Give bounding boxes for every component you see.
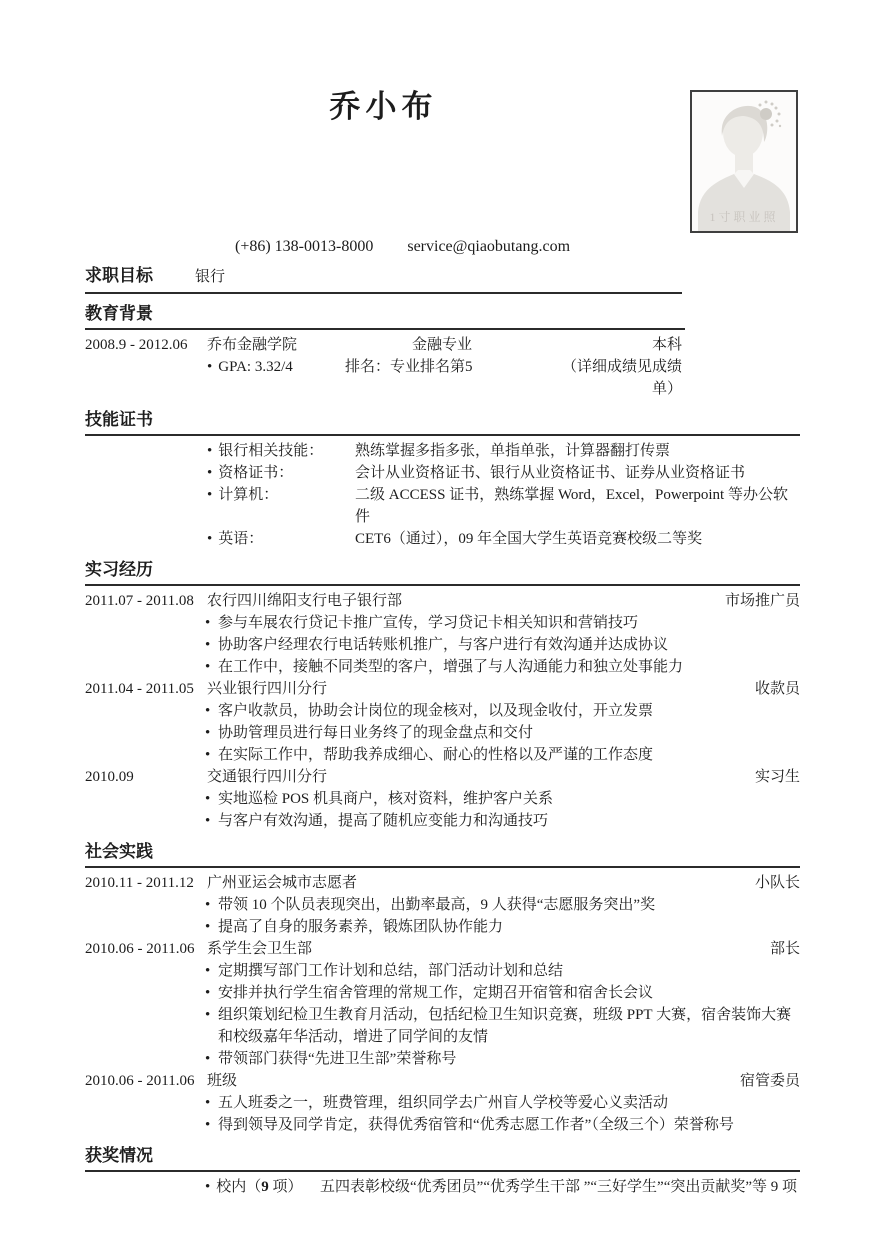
entry-organization: 广州亚运会城市志愿者: [207, 872, 755, 894]
education-gpa: GPA: 3.32/4: [207, 356, 345, 400]
awards-heading: 获奖情况: [85, 1145, 800, 1172]
education-entry: 2008.9 - 2012.06 乔布金融学院 金融专业 本科: [85, 334, 682, 356]
skill-label: 银行相关技能：: [207, 440, 355, 462]
entry-bullet: 在工作中，接触不同类型的客户，增强了与人沟通能力和独立处事能力: [205, 656, 800, 678]
entry-period: 2011.04 - 2011.05: [85, 678, 207, 700]
internship-entry: 2010.09 交通银行四川分行 实习生 实地巡检 POS 机具商户，核对资料，…: [85, 766, 800, 832]
skill-label: 英语：: [207, 528, 355, 550]
entry-bullet: 定期撰写部门工作计划和总结，部门活动计划和总结: [205, 960, 800, 982]
section-objective: 求职目标 银行: [85, 265, 682, 294]
entry-period: 2010.11 - 2011.12: [85, 872, 207, 894]
phone-number: (+86) 138-0013-8000: [235, 236, 373, 258]
education-period: 2008.9 - 2012.06: [85, 334, 207, 356]
entry-organization: 农行四川绵阳支行电子银行部: [207, 590, 725, 612]
entry-bullet: 与客户有效沟通，提高了随机应变能力和沟通技巧: [205, 810, 800, 832]
entry-bullet: 协助客户经理农行电话转账机推广，与客户进行有效沟通并达成协议: [205, 634, 800, 656]
entry-role: 实习生: [755, 766, 800, 788]
education-degree: 本科: [517, 334, 682, 356]
entry-organization: 班级: [207, 1070, 740, 1092]
entry-organization: 兴业银行四川分行: [207, 678, 755, 700]
candidate-name: 乔小布: [85, 86, 682, 128]
internship-entry: 2011.07 - 2011.08 农行四川绵阳支行电子银行部 市场推广员 参与…: [85, 590, 800, 678]
education-heading: 教育背景: [85, 303, 685, 330]
skill-item: 英语： CET6（通过），09 年全国大学生英语竞赛校级二等奖: [85, 528, 800, 550]
entry-role: 部长: [770, 938, 800, 960]
resume-page: 1寸职业照 乔小布 (+86) 138-0013-8000 service@qi…: [0, 0, 884, 1250]
social-heading: 社会实践: [85, 841, 800, 868]
entry-period: 2011.07 - 2011.08: [85, 590, 207, 612]
skill-value: 二级 ACCESS 证书，熟练掌握 Word，Excel，Powerpoint …: [355, 484, 800, 528]
education-details: GPA: 3.32/4 排名：专业排名第5 （详细成绩见成绩单）: [85, 356, 682, 400]
skill-item: 银行相关技能： 熟练掌握多指多张，单指单张，计算器翻打传票: [85, 440, 800, 462]
skill-item: 资格证书： 会计从业资格证书、银行从业资格证书、证券从业资格证书: [85, 462, 800, 484]
social-entry: 2010.06 - 2011.06 班级 宿管委员 五人班委之一，班费管理，组织…: [85, 1070, 800, 1136]
entry-period: 2010.06 - 2011.06: [85, 938, 207, 960]
entry-period: 2010.06 - 2011.06: [85, 1070, 207, 1092]
objective-value: 银行: [195, 265, 225, 286]
education-note: （详细成绩见成绩单）: [556, 356, 682, 400]
entry-bullet: 参与车展农行贷记卡推广宣传，学习贷记卡相关知识和营销技巧: [205, 612, 800, 634]
contact-row: (+86) 138-0013-8000 service@qiaobutang.c…: [235, 236, 800, 258]
entry-role: 市场推广员: [725, 590, 800, 612]
entry-bullet: 带领部门获得“先进卫生部”荣誉称号: [205, 1048, 800, 1070]
entry-bullet: 组织策划纪检卫生教育月活动，包括纪检卫生知识竞赛，班级 PPT 大赛，宿舍装饰大…: [205, 1004, 800, 1048]
skill-value: 熟练掌握多指多张，单指单张，计算器翻打传票: [355, 440, 800, 462]
education-major: 金融专业: [367, 334, 517, 356]
social-entry: 2010.06 - 2011.06 系学生会卫生部 部长 定期撰写部门工作计划和…: [85, 938, 800, 1070]
award-value: 五四表彰校级“优秀团员”“优秀学生干部 ”“三好学生”“突出贡献奖”等 9 项: [320, 1176, 800, 1198]
social-entry: 2010.11 - 2011.12 广州亚运会城市志愿者 小队长 带领 10 个…: [85, 872, 800, 938]
entry-organization: 交通银行四川分行: [207, 766, 755, 788]
entry-bullet: 带领 10 个队员表现突出，出勤率最高，9 人获得“志愿服务突出”奖: [205, 894, 800, 916]
education-rank: 排名：专业排名第5: [345, 356, 556, 400]
entry-role: 小队长: [755, 872, 800, 894]
entry-role: 宿管委员: [740, 1070, 800, 1092]
skill-label: 资格证书：: [207, 462, 355, 484]
entry-bullet: 在实际工作中，帮助我养成细心、耐心的性格以及严谨的工作态度: [205, 744, 800, 766]
award-label: 校内（9 项）: [205, 1176, 320, 1198]
entry-bullet: 实地巡检 POS 机具商户，核对资料，维护客户关系: [205, 788, 800, 810]
entry-bullet: 得到领导及同学肯定，获得优秀宿管和“优秀志愿工作者”（全级三个）荣誉称号: [205, 1114, 800, 1136]
internship-entry: 2011.04 - 2011.05 兴业银行四川分行 收款员 客户收款员，协助会…: [85, 678, 800, 766]
skills-heading: 技能证书: [85, 409, 800, 436]
award-item: 校内（9 项） 五四表彰校级“优秀团员”“优秀学生干部 ”“三好学生”“突出贡献…: [85, 1176, 800, 1198]
email-address: service@qiaobutang.com: [407, 236, 570, 258]
entry-bullet: 五人班委之一，班费管理，组织同学去广州盲人学校等爱心义卖活动: [205, 1092, 800, 1114]
entry-organization: 系学生会卫生部: [207, 938, 770, 960]
entry-bullet: 提高了自身的服务素养，锻炼团队协作能力: [205, 916, 800, 938]
skill-value: CET6（通过），09 年全国大学生英语竞赛校级二等奖: [355, 528, 800, 550]
entry-bullet: 安排并执行学生宿舍管理的常规工作，定期召开宿管和宿舍长会议: [205, 982, 800, 1004]
entry-role: 收款员: [755, 678, 800, 700]
internships-heading: 实习经历: [85, 559, 800, 586]
entry-bullet: 客户收款员，协助会计岗位的现金核对，以及现金收付，开立发票: [205, 700, 800, 722]
skill-item: 计算机： 二级 ACCESS 证书，熟练掌握 Word，Excel，Powerp…: [85, 484, 800, 528]
skill-label: 计算机：: [207, 484, 355, 528]
objective-heading: 求职目标: [85, 266, 153, 286]
entry-period: 2010.09: [85, 766, 207, 788]
education-school: 乔布金融学院: [207, 334, 367, 356]
entry-bullet: 协助管理员进行每日业务终了的现金盘点和交付: [205, 722, 800, 744]
skill-value: 会计从业资格证书、银行从业资格证书、证券从业资格证书: [355, 462, 800, 484]
